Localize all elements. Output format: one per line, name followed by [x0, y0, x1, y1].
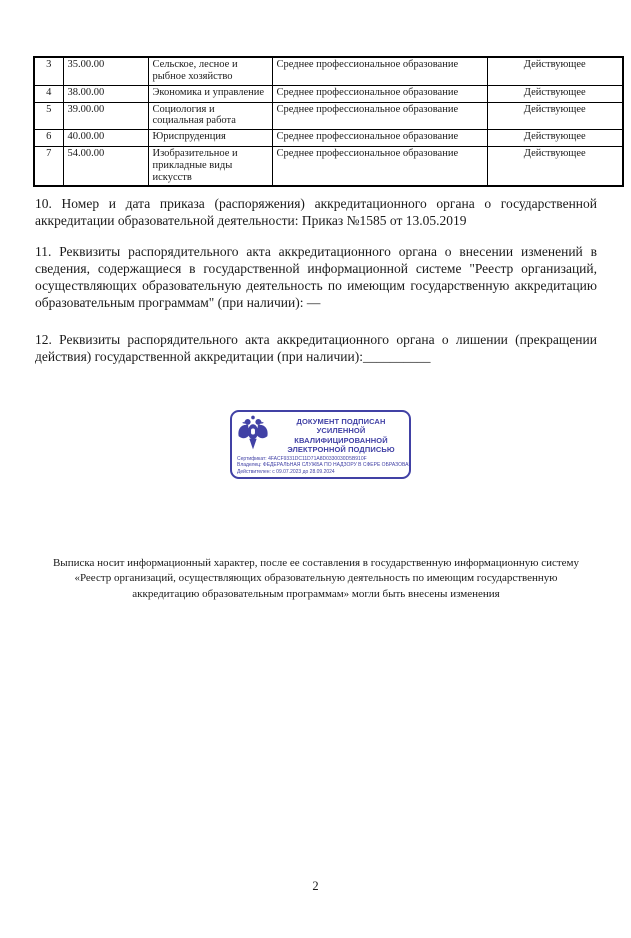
- status-cell: Действующее: [487, 102, 623, 130]
- stamp-validity: Действителен: с 09.07.2023 до 28.09.2024: [237, 469, 409, 476]
- row-number-cell: 6: [34, 130, 63, 147]
- paragraph-12-revocation: 12. Реквизиты распорядительного акта акк…: [35, 332, 597, 366]
- level-cell: Среднее профессиональное образование: [272, 147, 487, 187]
- level-cell: Среднее профессиональное образование: [272, 57, 487, 85]
- paragraph-10-accreditation-order: 10. Номер и дата приказа (распоряжения) …: [35, 196, 597, 230]
- stamp-title-line2: УСИЛЕННОЙ КВАЛИФИЦИРОВАННОЙ: [276, 426, 406, 445]
- level-cell: Среднее профессиональное образование: [272, 102, 487, 130]
- table-row: 3 35.00.00 Сельское, лесное и рыбное хоз…: [34, 57, 623, 85]
- code-cell: 39.00.00: [63, 102, 148, 130]
- table-row: 6 40.00.00 Юриспруденция Среднее професс…: [34, 130, 623, 147]
- document-page: 3 35.00.00 Сельское, лесное и рыбное хоз…: [0, 0, 631, 938]
- code-cell: 54.00.00: [63, 147, 148, 187]
- coat-of-arms-icon: [232, 412, 276, 451]
- code-cell: 38.00.00: [63, 85, 148, 102]
- row-number-cell: 3: [34, 57, 63, 85]
- status-cell: Действующее: [487, 130, 623, 147]
- table-row: 5 39.00.00 Социология и социальная работ…: [34, 102, 623, 130]
- level-cell: Среднее профессиональное образование: [272, 130, 487, 147]
- informational-footnote: Выписка носит информационный характер, п…: [45, 556, 587, 602]
- stamp-certificate: Сертификат: 4FACF9331DC11D71A8D0330030D5…: [237, 456, 409, 463]
- accreditation-programs-table: 3 35.00.00 Сельское, лесное и рыбное хоз…: [33, 56, 624, 187]
- stamp-title: ДОКУМЕНТ ПОДПИСАН УСИЛЕННОЙ КВАЛИФИЦИРОВ…: [276, 412, 409, 455]
- paragraph-11-amendments: 11. Реквизиты распорядительного акта акк…: [35, 244, 597, 312]
- code-cell: 40.00.00: [63, 130, 148, 147]
- electronic-signature-stamp: ДОКУМЕНТ ПОДПИСАН УСИЛЕННОЙ КВАЛИФИЦИРОВ…: [230, 410, 411, 479]
- table-row: 4 38.00.00 Экономика и управление Средне…: [34, 85, 623, 102]
- level-cell: Среднее профессиональное образование: [272, 85, 487, 102]
- code-cell: 35.00.00: [63, 57, 148, 85]
- stamp-title-line3: ЭЛЕКТРОННОЙ ПОДПИСЬЮ: [276, 445, 406, 454]
- page-number: 2: [0, 879, 631, 894]
- row-number-cell: 5: [34, 102, 63, 130]
- stamp-title-line1: ДОКУМЕНТ ПОДПИСАН: [276, 417, 406, 426]
- table-row: 7 54.00.00 Изобразительное и прикладные …: [34, 147, 623, 187]
- row-number-cell: 7: [34, 147, 63, 187]
- name-cell: Сельское, лесное и рыбное хозяйство: [148, 57, 272, 85]
- name-cell: Экономика и управление: [148, 85, 272, 102]
- row-number-cell: 4: [34, 85, 63, 102]
- status-cell: Действующее: [487, 85, 623, 102]
- status-cell: Действующее: [487, 147, 623, 187]
- name-cell: Социология и социальная работа: [148, 102, 272, 130]
- name-cell: Изобразительное и прикладные виды искусс…: [148, 147, 272, 187]
- status-cell: Действующее: [487, 57, 623, 85]
- name-cell: Юриспруденция: [148, 130, 272, 147]
